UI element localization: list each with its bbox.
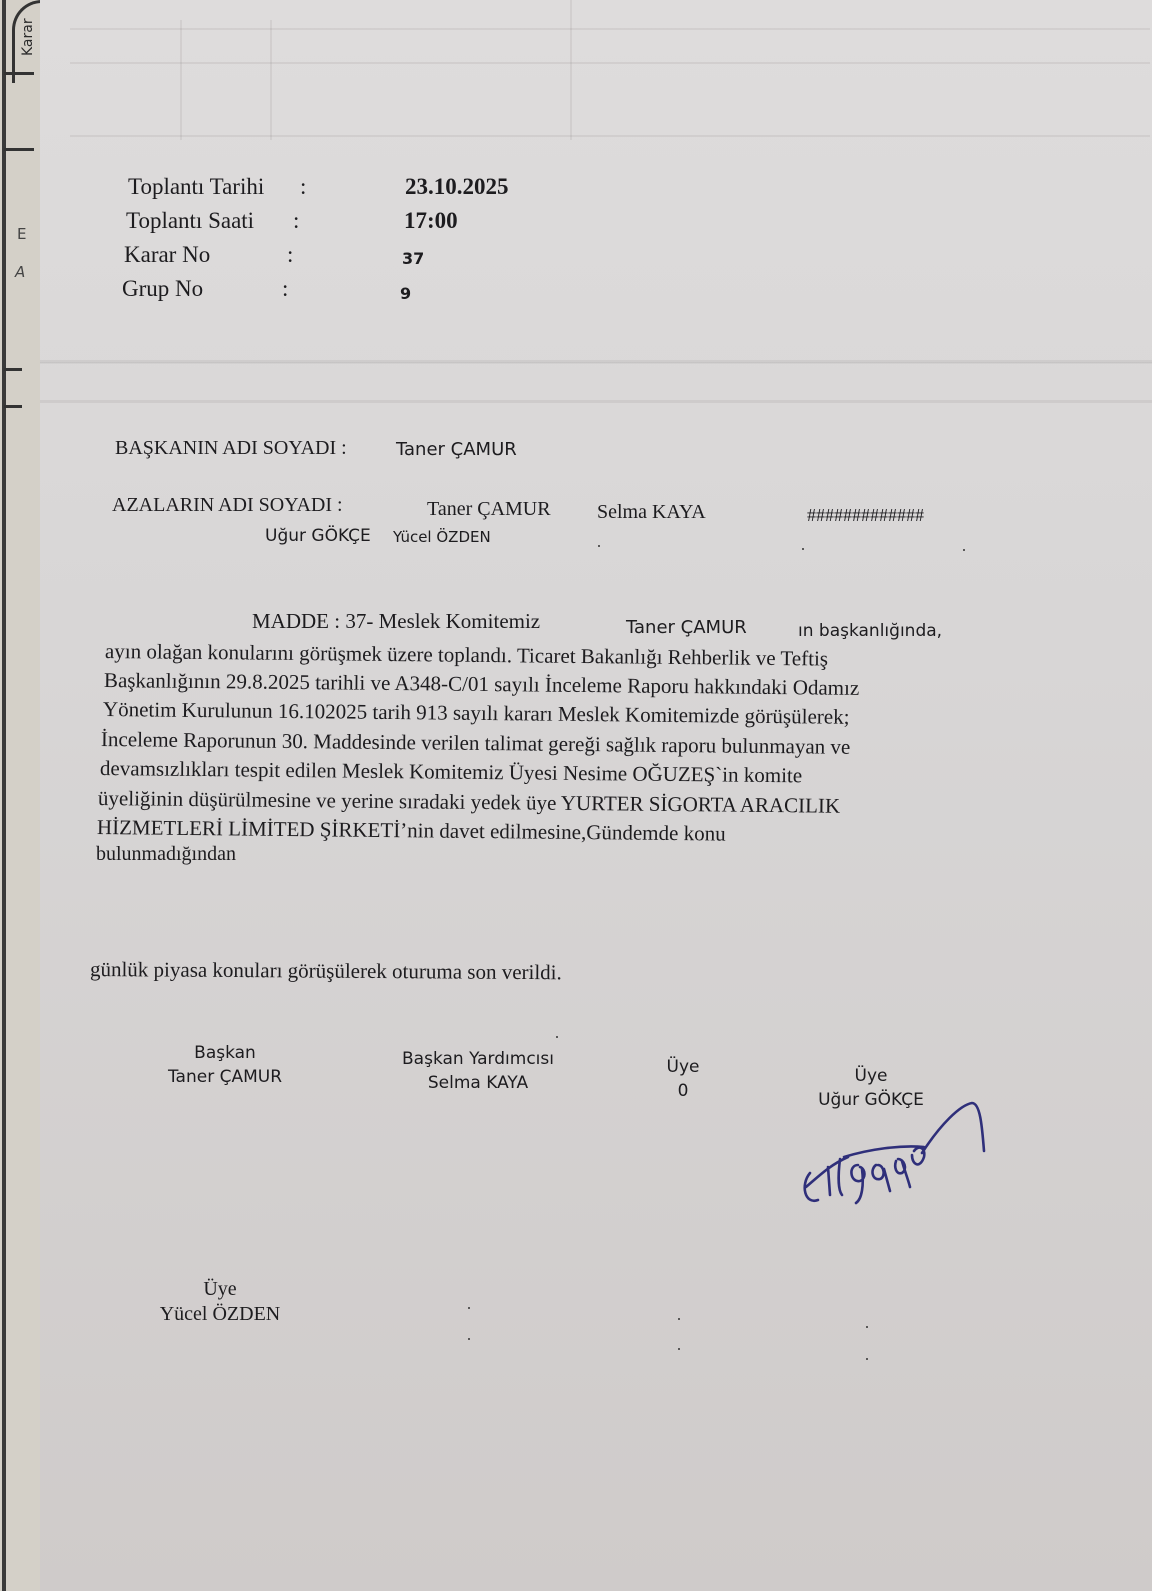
member-name: Taner ÇAMUR bbox=[427, 498, 551, 521]
field-separator: : bbox=[287, 242, 293, 268]
article-chair-name: Taner ÇAMUR bbox=[626, 617, 747, 638]
binder-spine bbox=[2, 0, 6, 1591]
dot-mark bbox=[556, 1036, 558, 1038]
signature-block-chair: Başkan Taner ÇAMUR bbox=[160, 1043, 290, 1087]
meeting-time-label: Toplantı Saati bbox=[126, 208, 254, 234]
chair-label: BAŞKANIN ADI SOYADI : bbox=[115, 437, 347, 460]
article-line: bulunmadığından bbox=[96, 843, 236, 866]
group-no-label: Grup No bbox=[122, 276, 203, 302]
signature-name: Selma KAYA bbox=[393, 1073, 563, 1093]
signature-block-member: Üye 0 bbox=[655, 1057, 711, 1101]
show-through-line bbox=[70, 135, 1150, 137]
dot-mark bbox=[802, 548, 804, 550]
signature-role: Üye bbox=[808, 1066, 934, 1086]
binder-divider bbox=[4, 368, 22, 371]
show-through-line bbox=[180, 20, 182, 140]
member-name: Selma KAYA bbox=[597, 501, 706, 524]
show-through-line bbox=[70, 28, 1150, 30]
signature-role: Üye bbox=[655, 1057, 711, 1077]
binder-divider bbox=[4, 405, 22, 408]
dot-mark bbox=[678, 1348, 680, 1350]
binder-divider bbox=[4, 148, 34, 151]
binder-edge: Karar E A bbox=[0, 0, 40, 1591]
meeting-time-value: 17:00 bbox=[404, 208, 458, 234]
member-name: Uğur GÖKÇE bbox=[265, 526, 371, 546]
signature-role: Üye bbox=[150, 1278, 290, 1301]
article-heading: MADDE : 37- Meslek Komitemiz bbox=[252, 609, 540, 634]
group-no-value: 9 bbox=[400, 284, 411, 303]
dot-mark bbox=[866, 1358, 868, 1360]
binder-tab-label: Karar bbox=[20, 18, 36, 56]
binder-side-letter: A bbox=[15, 263, 25, 281]
dot-mark bbox=[468, 1307, 470, 1309]
members-label: AZALARIN ADI SOYADI : bbox=[112, 494, 343, 517]
member-name: Yücel ÖZDEN bbox=[393, 528, 491, 546]
binder-side-letter: E bbox=[17, 225, 26, 243]
show-through-line bbox=[40, 400, 1152, 403]
dot-mark bbox=[678, 1318, 680, 1320]
show-through-line bbox=[270, 20, 272, 140]
chair-name: Taner ÇAMUR bbox=[396, 439, 517, 460]
dot-mark bbox=[468, 1338, 470, 1340]
field-separator: : bbox=[282, 276, 288, 302]
signature-role: Başkan Yardımcısı bbox=[393, 1049, 563, 1069]
member-name-placeholder: ############# bbox=[807, 505, 924, 526]
meeting-date-label: Toplantı Tarihi bbox=[128, 174, 264, 200]
dot-mark bbox=[866, 1326, 868, 1328]
field-separator: : bbox=[293, 208, 299, 234]
handwritten-signature-icon bbox=[800, 1095, 1000, 1215]
signature-block-member: Üye Yücel ÖZDEN bbox=[150, 1278, 290, 1326]
show-through-line bbox=[40, 362, 1152, 364]
signature-name: Taner ÇAMUR bbox=[160, 1067, 290, 1087]
signature-role: Başkan bbox=[160, 1043, 290, 1063]
show-through-line bbox=[70, 62, 1150, 64]
decision-no-label: Karar No bbox=[124, 242, 210, 268]
signature-name: 0 bbox=[655, 1081, 711, 1101]
signature-block-vice-chair: Başkan Yardımcısı Selma KAYA bbox=[393, 1049, 563, 1093]
binder-divider bbox=[4, 72, 34, 75]
closing-statement: günlük piyasa konuları görüşülerek oturu… bbox=[90, 957, 562, 985]
dot-mark bbox=[963, 549, 965, 551]
meeting-date-value: 23.10.2025 bbox=[405, 174, 509, 200]
field-separator: : bbox=[300, 174, 306, 200]
signature-name: Yücel ÖZDEN bbox=[150, 1303, 290, 1326]
show-through-line bbox=[570, 0, 572, 140]
article-heading-suffix: ın başkanlığında, bbox=[798, 621, 942, 641]
decision-no-value: 37 bbox=[402, 249, 424, 268]
dot-mark bbox=[598, 545, 600, 547]
